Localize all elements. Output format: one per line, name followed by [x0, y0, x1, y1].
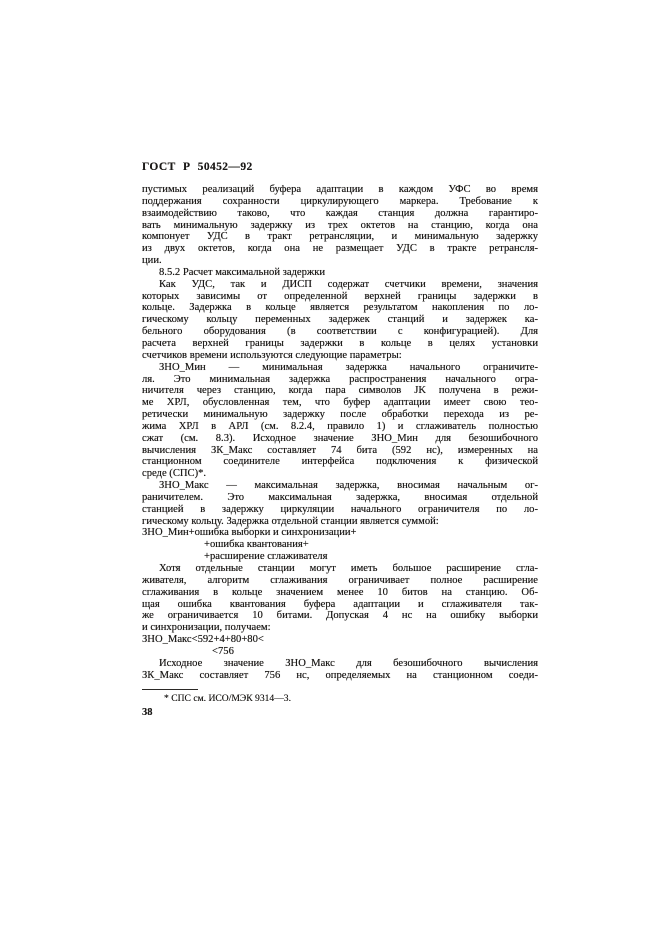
text-line: взаимодействию таково, что каждая станци…	[142, 208, 538, 220]
text-line: ции.	[142, 255, 538, 267]
text-line: ме ХРЛ, обусловленная тем, что буфер ада…	[142, 397, 538, 409]
text-line: компонует УДС в тракт ретрансляции, и ми…	[142, 231, 538, 243]
text-line: станцией в задержку циркуляции начальног…	[142, 504, 538, 516]
text-line: гическому кольцу. Задержка отдельной ста…	[142, 516, 538, 528]
text-line: бельного оборудования (в соответствии с …	[142, 326, 538, 338]
text-line: Исходное значение ЗНО_Макс для безошибоч…	[142, 658, 538, 670]
text-line: жима ХРЛ в АРЛ (см. 8.2.4, правило 1) и …	[142, 421, 538, 433]
text-line: поддержания сохранности циркулирующего м…	[142, 196, 538, 208]
text-line: вычисления ЗК_Макс составляет 74 бита (5…	[142, 445, 538, 457]
text-line: +ошибка квантования+	[142, 539, 538, 551]
text-line: ЗК_Макс составляет 756 нс, определяемых …	[142, 670, 538, 682]
text-line: из двух октетов, когда она не размещает …	[142, 243, 538, 255]
text-block: пустимых реализаций буфера адаптации в к…	[142, 184, 538, 681]
text-line: сглаживания в кольце значением менее 10 …	[142, 587, 538, 599]
text-line: ЗНО_Макс — максимальная задержка, вносим…	[142, 480, 538, 492]
text-line: которых зависимы от определенной верхней…	[142, 291, 538, 303]
text-line: +расширение сглаживателя	[142, 551, 538, 563]
text-line: сжат (см. 8.3). Исходное значение ЗНО_Ми…	[142, 433, 538, 445]
document-page: ГОСТ Р 50452—92 пустимых реализаций буфе…	[0, 0, 661, 935]
text-line: среде (СПС)*.	[142, 468, 538, 480]
text-line: щая ошибка квантования буфера адаптации …	[142, 599, 538, 611]
text-line: ля. Это минимальная задержка распростран…	[142, 374, 538, 386]
text-line: Как УДС, так и ДИСП содержат счетчики вр…	[142, 279, 538, 291]
text-line: гическому кольцу переменных задержек ста…	[142, 314, 538, 326]
text-line: <756	[142, 646, 538, 658]
text-line: Хотя отдельные станции могут иметь больш…	[142, 563, 538, 575]
text-line: 8.5.2 Расчет максимальной задержки	[142, 267, 538, 279]
page-number: 38	[142, 707, 153, 718]
text-line: вать минимальную задержку из трех октето…	[142, 220, 538, 232]
text-line: счетчиков времени используются следующие…	[142, 350, 538, 362]
text-line: станционном соединителе интерфейса подкл…	[142, 456, 538, 468]
text-line: пустимых реализаций буфера адаптации в к…	[142, 184, 538, 196]
text-line: ЗНО_Мин+ошибка выборки и синхронизации+	[142, 527, 538, 539]
text-line: ЗНО_Мин — минимальная задержка начальног…	[142, 362, 538, 374]
text-line: же ограничивается 10 битами. Допуская 4 …	[142, 610, 538, 622]
footnote: * СПС см. ИСО/МЭК 9314—3.	[164, 693, 291, 704]
text-line: кольце. Задержка в кольце является резул…	[142, 302, 538, 314]
text-line: раничителем. Это максимальная задержка, …	[142, 492, 538, 504]
text-line: и синхронизации, получаем:	[142, 622, 538, 634]
text-line: живателя, алгоритм сглаживания ограничив…	[142, 575, 538, 587]
running-header: ГОСТ Р 50452—92	[142, 161, 253, 173]
text-line: ЗНО_Макс<592+4+80+80<	[142, 634, 538, 646]
text-line: расчета верхней границы задержки в кольц…	[142, 338, 538, 350]
text-line: ничителя через станцию, когда пара симво…	[142, 385, 538, 397]
text-line: ретически минимальную задержку после обр…	[142, 409, 538, 421]
footnote-divider	[142, 689, 198, 690]
